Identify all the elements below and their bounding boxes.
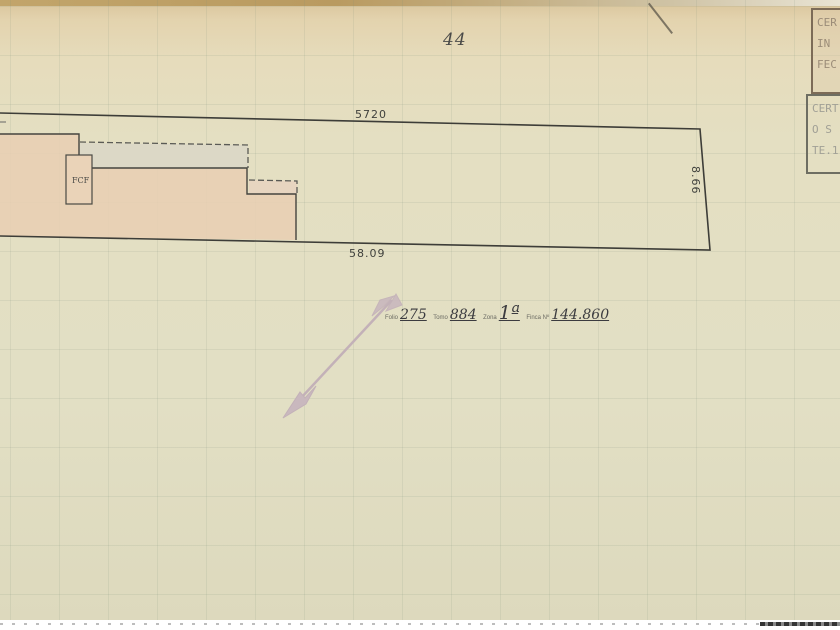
- stamp-line: TE.1: [812, 140, 840, 161]
- zona-label: Zona: [483, 315, 497, 321]
- tomo-value: 884: [450, 307, 477, 323]
- stamp-line: CERT: [812, 98, 840, 119]
- annex-area: [79, 143, 248, 169]
- zona-value: 1ª: [499, 302, 520, 324]
- stamp-bottom: CERT O S TE.1: [806, 94, 840, 174]
- stamp-line: FEC: [817, 54, 840, 75]
- stamp-line: IN: [817, 33, 840, 54]
- folio-value: 275: [400, 307, 427, 323]
- building-mark-label: FCF: [72, 176, 89, 185]
- tomo-label: Tomo: [433, 315, 448, 321]
- registry-annotation: Folio275 Tomo884 Zona1ª Finca Nº144.860: [385, 302, 611, 324]
- stamp-top: CER IN FEC: [811, 8, 840, 94]
- dimension-right: 8.66: [689, 166, 702, 195]
- stamp-line: CER: [817, 12, 840, 33]
- stamp-line: O S: [812, 119, 840, 140]
- dimension-top: 5720: [355, 108, 387, 121]
- scan-edge-strip: [0, 620, 840, 630]
- scan-edge-mark: [760, 622, 840, 626]
- annex-area-right: [249, 180, 297, 194]
- dimension-bottom: 58.09: [349, 247, 386, 260]
- finca-value: 144.860: [551, 307, 609, 323]
- finca-label: Finca Nº: [526, 315, 549, 321]
- document-sheet: 44 FCF 5720 58.09 8.66 CER IN FEC: [0, 0, 840, 620]
- folio-label: Folio: [385, 315, 398, 321]
